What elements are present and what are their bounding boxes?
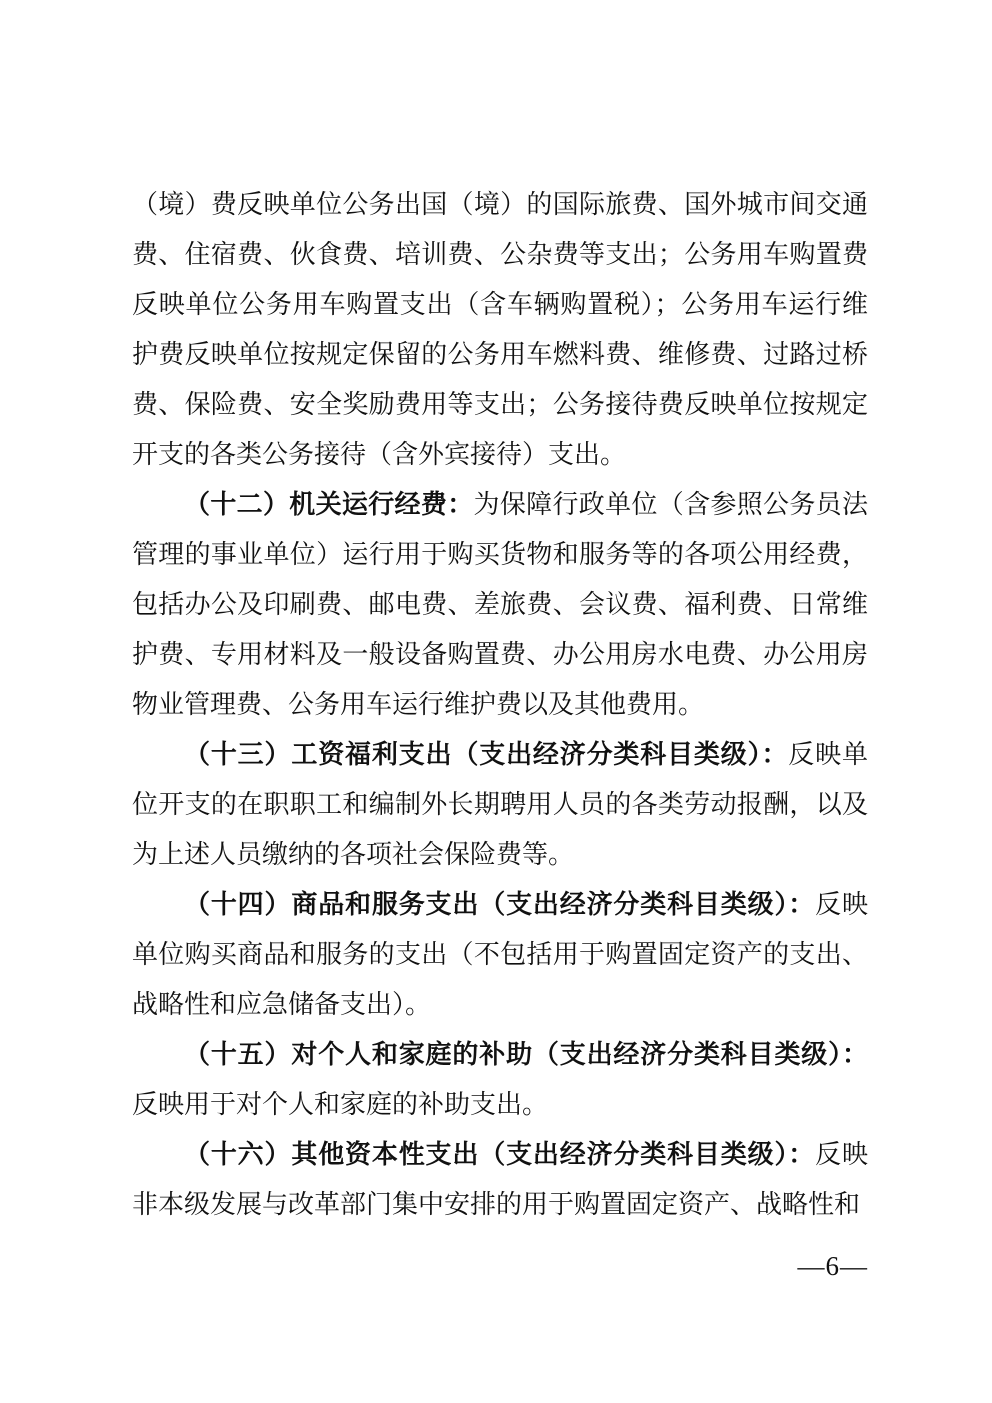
paragraph-text: 为保障行政单位（含参照公务员法管理的事业单位）运行用于购买货物和服务等的各项公用…: [132, 490, 868, 719]
paragraph-lead: （十五）对个人和家庭的补助（支出经济分类科目类级）：: [184, 1040, 868, 1069]
paragraph-text: 反映用于对个人和家庭的补助支出。: [132, 1090, 548, 1119]
document-body: （境）费反映单位公务出国（境）的国际旅费、国外城市间交通费、住宿费、伙食费、培训…: [132, 180, 868, 1230]
paragraph: （十二）机关运行经费：为保障行政单位（含参照公务员法管理的事业单位）运行用于购买…: [132, 480, 868, 730]
paragraph: （十六）其他资本性支出（支出经济分类科目类级）：反映非本级发展与改革部门集中安排…: [132, 1130, 868, 1230]
paragraph: （十五）对个人和家庭的补助（支出经济分类科目类级）：反映用于对个人和家庭的补助支…: [132, 1030, 868, 1130]
document-page: （境）费反映单位公务出国（境）的国际旅费、国外城市间交通费、住宿费、伙食费、培训…: [0, 0, 992, 1403]
paragraph-lead: （十二）机关运行经费：: [184, 490, 474, 519]
paragraph: （十四）商品和服务支出（支出经济分类科目类级）：反映单位购买商品和服务的支出（不…: [132, 880, 868, 1030]
paragraph: （十三）工资福利支出（支出经济分类科目类级）：反映单位开支的在职职工和编制外长期…: [132, 730, 868, 880]
page-number: —6—: [798, 1246, 869, 1286]
paragraph-text: （境）费反映单位公务出国（境）的国际旅费、国外城市间交通费、住宿费、伙食费、培训…: [132, 190, 868, 469]
paragraph-lead: （十四）商品和服务支出（支出经济分类科目类级）：: [184, 890, 815, 919]
paragraph: （境）费反映单位公务出国（境）的国际旅费、国外城市间交通费、住宿费、伙食费、培训…: [132, 180, 868, 480]
paragraph-lead: （十六）其他资本性支出（支出经济分类科目类级）：: [184, 1140, 815, 1169]
paragraph-lead: （十三）工资福利支出（支出经济分类科目类级）：: [184, 740, 788, 769]
